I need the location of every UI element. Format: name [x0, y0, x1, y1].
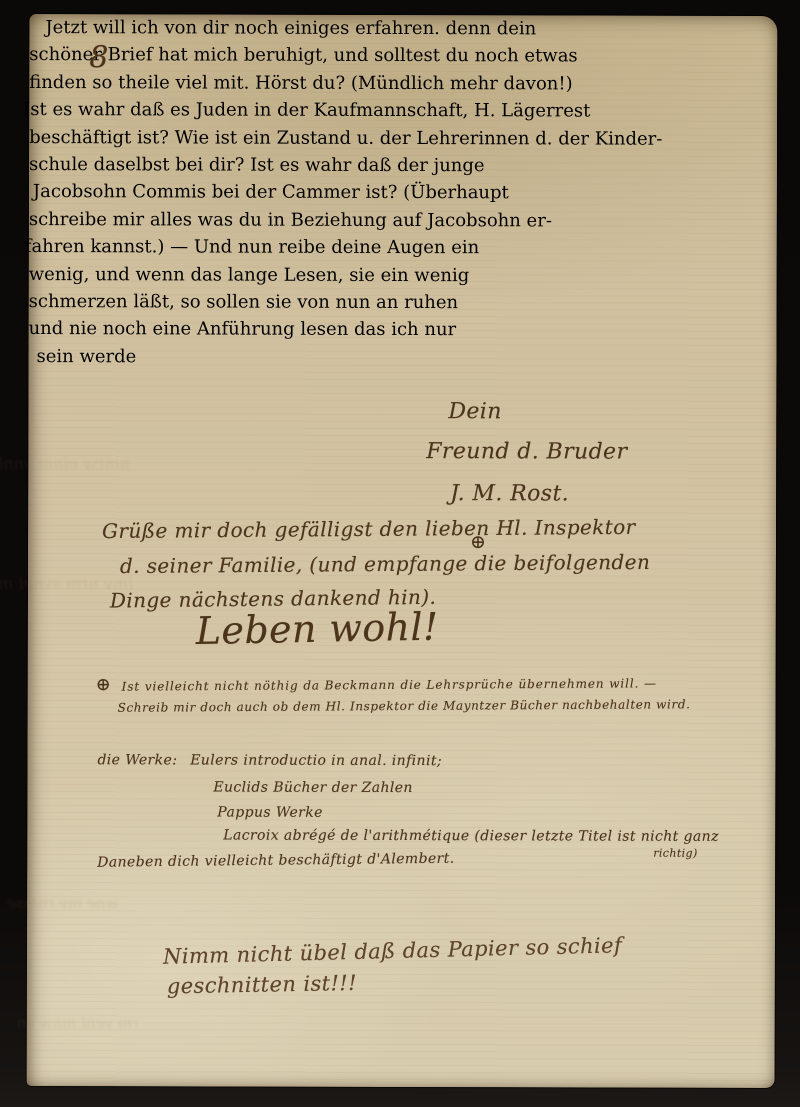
body-line: sein werde — [36, 343, 776, 372]
book-item: Lacroix abrégé de l'arithmétique (dieser… — [223, 828, 719, 845]
greeting-line: d. seiner Familie, (und empfange die bei… — [120, 550, 650, 578]
bottom-note-line: geschnitten ist!!! — [167, 971, 358, 998]
book-list-trailer: Daneben dich vielleicht beschäftigt d'Al… — [97, 851, 455, 871]
footnote-mark-icon: ⊕ — [96, 674, 111, 695]
letter-body: Jetzt will ich von dir noch einiges erfa… — [28, 14, 777, 372]
body-line: schöner Brief hat mich beruhigt, und sol… — [29, 41, 777, 70]
farewell: Leben wohl! — [195, 605, 439, 653]
closing-salutation: Dein — [448, 399, 502, 424]
insert-mark-icon: ⊕ — [470, 531, 486, 553]
body-line: beschäftigt ist? Wie ist ein Zustand u. … — [29, 124, 777, 153]
signature: J. M. Rost. — [450, 481, 569, 506]
scan-background: nmrw einm vnnl lmv nrm svnel mn wne mv r… — [0, 0, 800, 1107]
footnote-line: Ist vielleicht nicht nöthig da Beckmann … — [122, 676, 657, 693]
body-line: und nie noch eine Anführung lesen das ic… — [29, 315, 777, 344]
showthrough-text: wne mv rnmse — [7, 894, 118, 912]
bottom-note-line: Nimm nicht übel daß das Papier so schief — [163, 933, 623, 969]
showthrough-text: rm venl mnw vn — [17, 1014, 139, 1032]
body-line: Jetzt will ich von dir noch einiges erfa… — [29, 14, 777, 43]
book-item: Euclids Bücher der Zahlen — [213, 780, 413, 797]
greeting-line: Grüße mir doch gefälligst den lieben Hl.… — [102, 515, 636, 543]
closing-relation: Freund d. Bruder — [426, 439, 627, 465]
manuscript-page: nmrw einm vnnl lmv nrm svnel mn wne mv r… — [27, 14, 778, 1088]
body-line: Jacobsohn Commis bei der Cammer ist? (Üb… — [33, 178, 777, 207]
showthrough-text: nmrw einm vnnl — [0, 454, 130, 473]
book-item-inserted-word: richtig) — [653, 847, 698, 860]
body-line: schule daselbst bei dir? Ist es wahr daß… — [29, 151, 777, 180]
body-line: fahren kannst.) — Und nun reibe deine Au… — [25, 233, 777, 262]
body-line: Ist es wahr daß es Juden in der Kaufmann… — [23, 96, 777, 125]
book-item: Eulers introductio in anal. infinit; — [182, 752, 442, 769]
footnote-line: Schreib mir doch auch ob dem Hl. Inspekt… — [118, 697, 691, 714]
page-number: 8 — [89, 40, 109, 75]
book-list-intro: die Werke: — [97, 752, 177, 768]
body-line: finden so theile viel mit. Hörst du? (Mü… — [29, 69, 777, 98]
body-line: schreibe mir alles was du in Beziehung a… — [29, 206, 777, 235]
body-line: wenig, und wenn das lange Lesen, sie ein… — [29, 261, 777, 290]
book-item: Pappus Werke — [217, 805, 323, 821]
book-list-intro-line: die Werke: Eulers introductio in anal. i… — [97, 752, 442, 769]
body-line: schmerzen läßt, so sollen sie von nun an… — [29, 288, 777, 317]
